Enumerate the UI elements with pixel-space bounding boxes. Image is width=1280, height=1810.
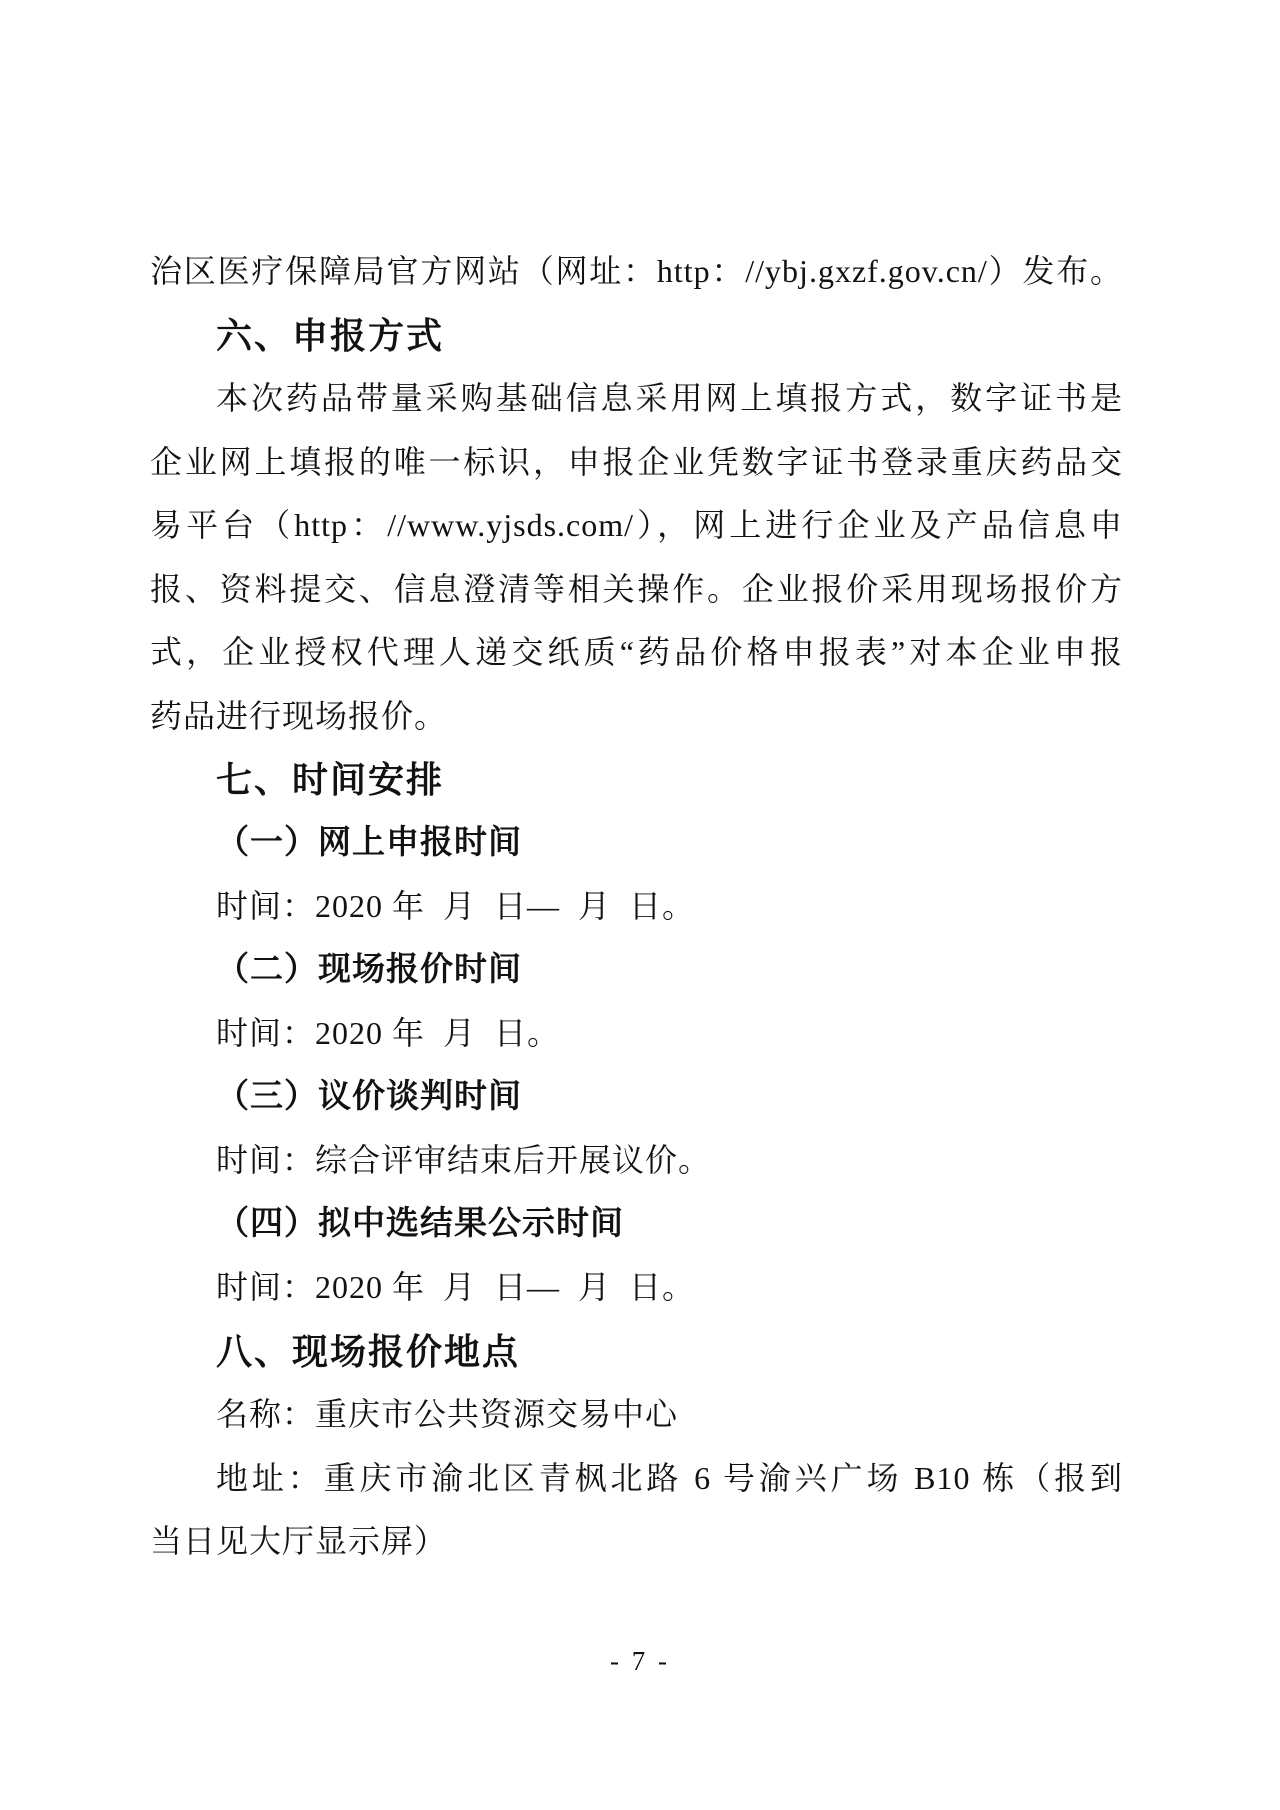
body-line-para1-1: 本次药品带量采购基础信息采用网上填报方式，数字证书是 [150, 367, 1123, 431]
document-page: 治区医疗保障局官方网站（网址：http：//ybj.gxzf.gov.cn/）发… [0, 0, 1280, 1810]
subheading-7-2: （二）现场报价时间 [150, 939, 1123, 1003]
body-line-website: 治区医疗保障局官方网站（网址：http：//ybj.gxzf.gov.cn/）发… [150, 240, 1123, 304]
body-line-para1-4: 报、资料提交、信息澄清等相关操作。企业报价采用现场报价方 [150, 558, 1123, 622]
body-line-time-2: 时间：2020 年 月 日。 [150, 1002, 1123, 1066]
body-line-para1-6: 药品进行现场报价。 [150, 685, 1123, 749]
body-line-time-4: 时间：2020 年 月 日— 月 日。 [150, 1256, 1123, 1320]
heading-section-6: 六、申报方式 [150, 304, 1123, 368]
subheading-7-3: （三）议价谈判时间 [150, 1066, 1123, 1130]
body-line-time-3: 时间：综合评审结束后开展议价。 [150, 1129, 1123, 1193]
body-line-time-1: 时间：2020 年 月 日— 月 日。 [150, 875, 1123, 939]
page-content: 治区医疗保障局官方网站（网址：http：//ybj.gxzf.gov.cn/）发… [150, 240, 1123, 1574]
body-line-venue-addr-1: 地址：重庆市渝北区青枫北路 6 号渝兴广场 B10 栋（报到 [150, 1447, 1123, 1511]
body-line-venue-name: 名称：重庆市公共资源交易中心 [150, 1383, 1123, 1447]
heading-section-8: 八、现场报价地点 [150, 1320, 1123, 1384]
body-line-venue-addr-2: 当日见大厅显示屏） [150, 1510, 1123, 1574]
subheading-7-4: （四）拟中选结果公示时间 [150, 1193, 1123, 1257]
subheading-7-1: （一）网上申报时间 [150, 812, 1123, 876]
body-line-para1-5: 式，企业授权代理人递交纸质“药品价格申报表”对本企业申报 [150, 621, 1123, 685]
body-line-para1-2: 企业网上填报的唯一标识，申报企业凭数字证书登录重庆药品交 [150, 431, 1123, 495]
heading-section-7: 七、时间安排 [150, 748, 1123, 812]
body-line-para1-3: 易平台（http：//www.yjsds.com/），网上进行企业及产品信息申 [150, 494, 1123, 558]
page-number: - 7 - [0, 1646, 1280, 1677]
